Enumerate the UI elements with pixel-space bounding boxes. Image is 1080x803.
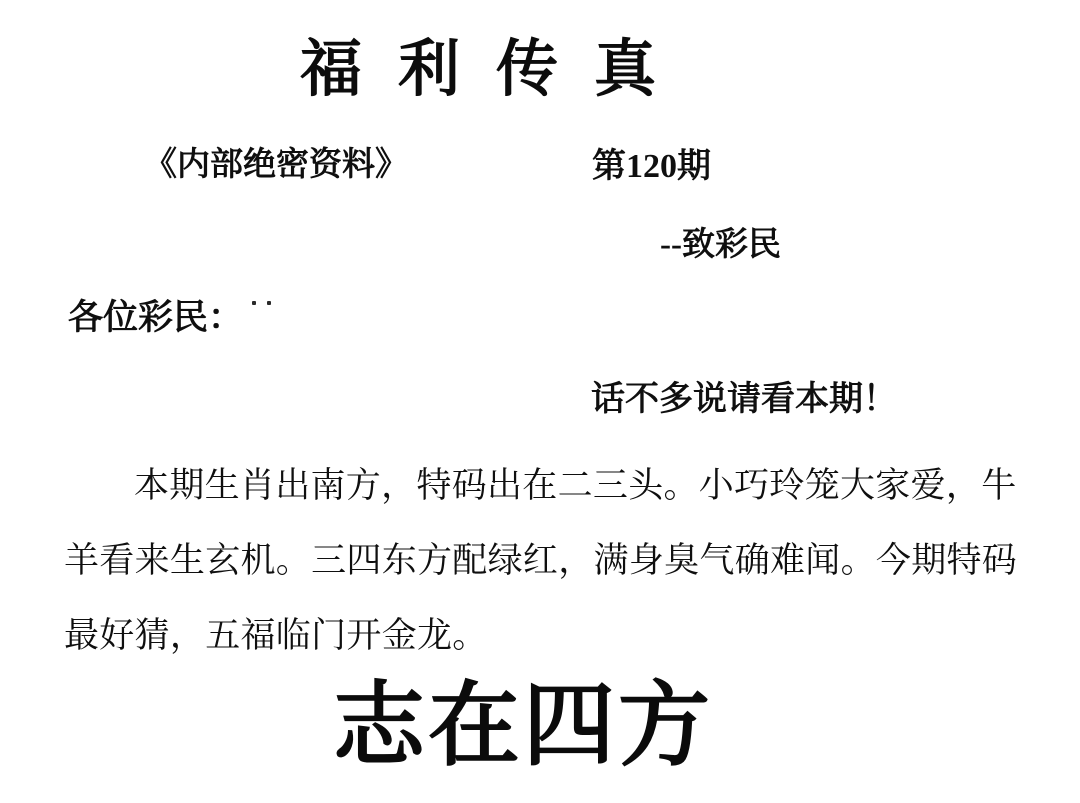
source-label: 《内部绝密资料》 — [144, 147, 408, 183]
footer-slogan: 志在四方 — [333, 676, 713, 777]
body-line-2: 羊看来生玄机。三四东方配绿红，满身臭气确难闻。今期特码 — [64, 523, 1024, 598]
dedication-line: --致彩民 — [660, 227, 781, 263]
issue-number: 第120期 — [592, 148, 711, 185]
intro-line: 话不多说请看本期！ — [591, 380, 897, 421]
scan-artifact-dots — [252, 301, 276, 306]
page-title: 福利传真 — [300, 38, 692, 100]
salutation: 各位彩民： — [68, 297, 243, 339]
scanned-lottery-flyer: 福利传真 《内部绝密资料》 第120期 --致彩民 各位彩民： 话不多说请看本期… — [0, 0, 1080, 803]
body-line-1: 本期生肖出南方，特码出在二三头。小巧玲笼大家爱，牛 — [64, 448, 1024, 523]
body-line-3: 最好猜，五福临门开金龙。 — [64, 598, 1024, 673]
body-paragraph: 本期生肖出南方，特码出在二三头。小巧玲笼大家爱，牛 羊看来生玄机。三四东方配绿红… — [64, 448, 1024, 673]
